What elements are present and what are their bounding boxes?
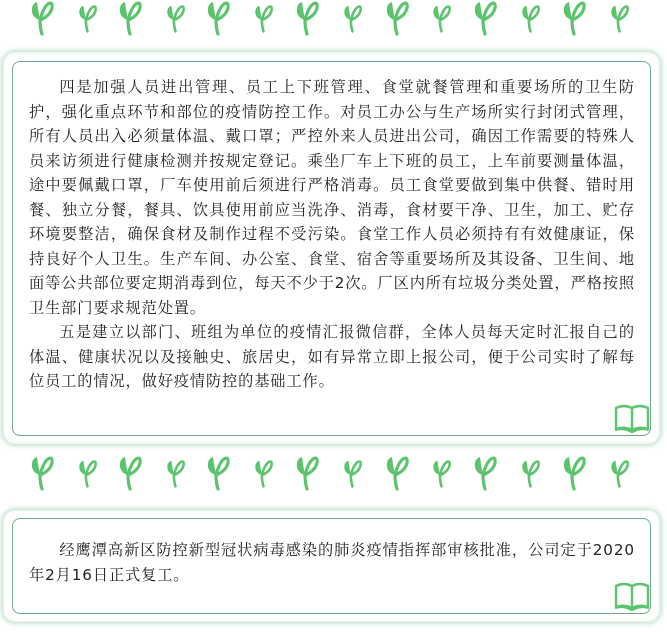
sprout-icon [77, 4, 98, 33]
sprout-icon [342, 459, 363, 488]
sprout-icon [561, 0, 587, 36]
sprout-icon [472, 455, 498, 491]
sprout-icon [520, 459, 541, 488]
sprout-icon [384, 0, 410, 36]
sprout-icon [165, 459, 186, 488]
notice-card-1: 四是加强人员进出管理、员工上下班管理、食堂就餐管理和重要场所的卫生防护，强化重点… [3, 52, 660, 444]
open-book-icon [613, 403, 651, 437]
sprout-icon [165, 4, 186, 33]
sprout-icon [384, 455, 410, 491]
notice-card-2: 经鹰潭高新区防控新型冠状病毒感染的肺炎疫情指挥部审核批准，公司定于2020年2月… [3, 510, 660, 622]
sprout-icon [205, 0, 231, 36]
notice-card-2-content: 经鹰潭高新区防控新型冠状病毒感染的肺炎疫情指挥部审核批准，公司定于2020年2月… [29, 538, 635, 587]
paragraph-measure-five: 五是建立以部门、班组为单位的疫情汇报微信群，全体人员每天定时汇报自己的体温、健康… [29, 320, 635, 394]
sprout-icon [561, 455, 587, 491]
sprout-icon [29, 0, 55, 36]
sprout-icon [342, 4, 363, 33]
notice-card-1-inner: 四是加强人员进出管理、员工上下班管理、食堂就餐管理和重要场所的卫生防护，强化重点… [12, 61, 651, 436]
notice-card-1-content: 四是加强人员进出管理、员工上下班管理、食堂就餐管理和重要场所的卫生防护，强化重点… [29, 75, 635, 394]
sprout-icon [77, 459, 98, 488]
paragraph-measure-four: 四是加强人员进出管理、员工上下班管理、食堂就餐管理和重要场所的卫生防护，强化重点… [29, 75, 635, 320]
notice-card-2-inner: 经鹰潭高新区防控新型冠状病毒感染的肺炎疫情指挥部审核批准，公司定于2020年2月… [12, 518, 651, 614]
sprout-icon [472, 0, 498, 36]
sprout-icon [117, 0, 143, 36]
sprout-icon [117, 455, 143, 491]
sprout-icon [609, 459, 630, 488]
sprout-icon [253, 459, 274, 488]
sprout-icon [520, 4, 541, 33]
sprout-icon [609, 4, 630, 33]
paragraph-resumption-notice: 经鹰潭高新区防控新型冠状病毒感染的肺炎疫情指挥部审核批准，公司定于2020年2月… [29, 538, 635, 587]
open-book-icon [613, 581, 651, 615]
sprout-icon [29, 455, 55, 491]
sprout-divider-middle [0, 455, 667, 495]
sprout-icon [294, 0, 320, 36]
sprout-icon [294, 455, 320, 491]
sprout-icon [431, 459, 452, 488]
sprout-icon [253, 4, 274, 33]
sprout-divider-top [0, 0, 667, 40]
sprout-icon [205, 455, 231, 491]
sprout-icon [431, 4, 452, 33]
